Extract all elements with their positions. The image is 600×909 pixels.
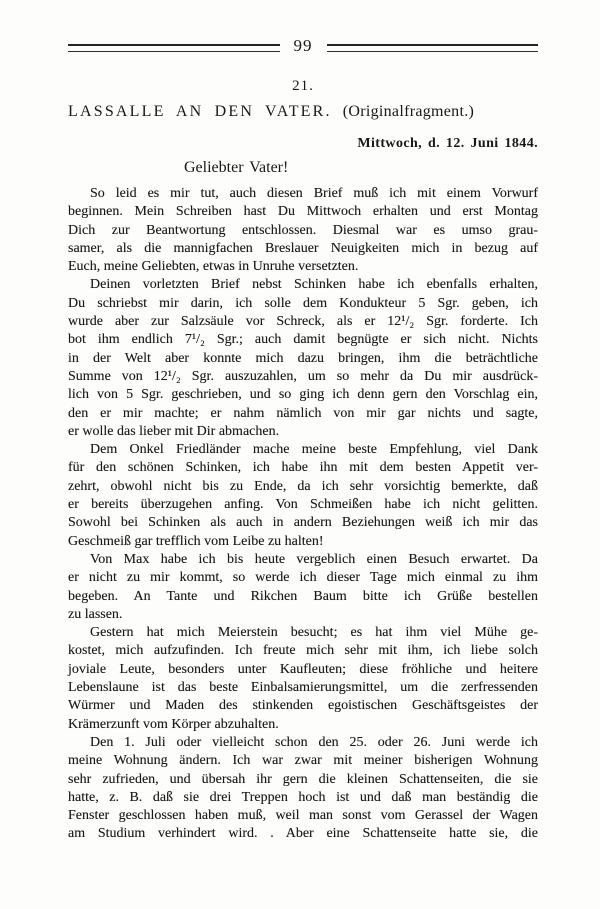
paragraph: Den 1. Juli oder vielleicht schon den 25… — [68, 734, 538, 844]
text-line: Summe von 12¹/₂ Sgr. auszuzahlen, um so … — [68, 368, 538, 386]
text-line: am Studium verhindert wird. . Aber eine … — [68, 825, 538, 843]
text-line: meine Wohnung ändern. Ich war zwar mit m… — [68, 752, 538, 770]
text-line: Euch, meine Geliebten, etwas in Unruhe v… — [68, 258, 538, 276]
text-line: er nicht zu mir kommt, so werde ich dies… — [68, 569, 538, 587]
text-line: Geschmeiß gar trefflich vom Leibe zu hal… — [68, 533, 538, 551]
text-line: sehr zufrieden, und übersah ihr gern die… — [68, 771, 538, 789]
text-line: joviale Leute, besonders unter Kaufleute… — [68, 661, 538, 679]
text-line: Lebenslaune ist das beste Einbalsamierun… — [68, 679, 538, 697]
text-line: samer, als die mannigfachen Breslauer Ne… — [68, 240, 538, 258]
text-line: Würmer und Maden des stinkenden egoistis… — [68, 697, 538, 715]
text-line: kostet, mich aufzufinden. Ich freute mic… — [68, 642, 538, 660]
text-line: für den schönen Schinken, ich habe ihn m… — [68, 459, 538, 477]
text-line: Den 1. Juli oder vielleicht schon den 25… — [68, 734, 538, 752]
section-number: 21. — [68, 77, 538, 95]
text-line: Gestern hat mich Meierstein besucht; es … — [68, 624, 538, 642]
dateline: Mittwoch, d. 12. Juni 1844. — [68, 135, 538, 153]
text-line: zehrt, obwohl nicht bis zu Ende, da ich … — [68, 478, 538, 496]
header-rule-right — [327, 44, 539, 52]
text-line: beginnen. Mein Schreiben hast Du Mittwoc… — [68, 203, 538, 221]
text-line: bot ihm endlich 7¹/₂ Sgr.; auch damit be… — [68, 331, 538, 349]
text-line: Sowohl bei Schinken als auch in andern B… — [68, 514, 538, 532]
paragraph: Deinen vorletzten Brief nebst Schinken h… — [68, 276, 538, 441]
paragraph: Gestern hat mich Meierstein besucht; es … — [68, 624, 538, 734]
text-line: er bereits überzugehen anfing. Von Schme… — [68, 496, 538, 514]
page-number: 99 — [280, 36, 327, 56]
text-line: den er mir machte; er nahm nämlich von m… — [68, 405, 538, 423]
text-line: Krämerzunft vom Körper abzuhalten. — [68, 716, 538, 734]
text-line: in der Welt aber konnte mich dazu bringe… — [68, 350, 538, 368]
text-line: Du schriebst mir darin, ich solle dem Ko… — [68, 295, 538, 313]
letter-title-line: LASSALLE AN DEN VATER.(Originalfragment.… — [68, 102, 538, 122]
letter-title-annotation: (Originalfragment.) — [343, 103, 474, 120]
text-line: Deinen vorletzten Brief nebst Schinken h… — [68, 276, 538, 294]
text-line: er wolle das lieber mit Dir abmachen. — [68, 423, 538, 441]
book-page: 99 21. LASSALLE AN DEN VATER.(Originalfr… — [0, 0, 600, 909]
running-head: 99 — [68, 36, 538, 56]
text-line: Dem Onkel Friedländer mache meine beste … — [68, 441, 538, 459]
letter-body: So leid es mir tut, auch diesen Brief mu… — [68, 185, 538, 844]
text-line: hatte, z. B. daß sie drei Treppen hoch i… — [68, 789, 538, 807]
text-line: Fenster geschlossen haben muß, weil man … — [68, 807, 538, 825]
text-line: begeben. An Tante und Rikchen Baum bitte… — [68, 588, 538, 606]
text-line: wurde aber zur Salzsäule vor Schreck, al… — [68, 313, 538, 331]
paragraph: So leid es mir tut, auch diesen Brief mu… — [68, 185, 538, 276]
text-line: lich von 5 Sgr. geschrieben, und so ging… — [68, 386, 538, 404]
paragraph: Von Max habe ich bis heute vergeblich ei… — [68, 551, 538, 624]
page-content: 99 21. LASSALLE AN DEN VATER.(Originalfr… — [68, 36, 538, 844]
header-rule-left — [68, 44, 280, 52]
letter-title: LASSALLE AN DEN VATER. — [68, 103, 332, 120]
text-line: zu lassen. — [68, 606, 538, 624]
text-line: Dich zur Beantwortung entschlossen. Dies… — [68, 222, 538, 240]
text-line: Von Max habe ich bis heute vergeblich ei… — [68, 551, 538, 569]
paragraph: Dem Onkel Friedländer mache meine beste … — [68, 441, 538, 551]
text-line: So leid es mir tut, auch diesen Brief mu… — [68, 185, 538, 203]
salutation: Geliebter Vater! — [68, 158, 538, 178]
